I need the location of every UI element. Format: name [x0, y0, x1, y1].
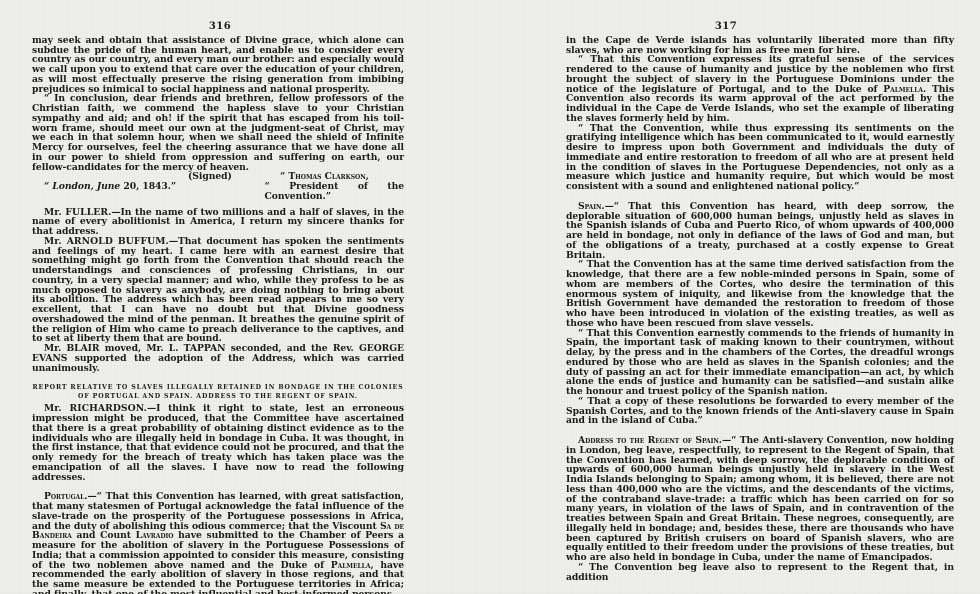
- signed-label: (Signed): [188, 172, 248, 182]
- right-page: 317 in the Cape de Verde islands has vol…: [566, 22, 954, 582]
- left-page: 316 may seek and obtain that assistance …: [32, 22, 404, 594]
- paragraph: “ That this Convention earnestly commend…: [566, 329, 954, 397]
- paragraph: “ That the Convention, while thus expres…: [566, 124, 954, 192]
- paragraph: may seek and obtain that assistance of D…: [32, 36, 404, 95]
- signatory-title: “ President of the Convention.”: [265, 182, 404, 202]
- speech-fuller: Mr. FULLER.—In the name of two millions …: [32, 208, 404, 237]
- section-heading: REPORT RELATIVE TO SLAVES ILLEGALLY RETA…: [32, 383, 404, 401]
- speech-buffum: Mr. ARNOLD BUFFUM.—That document has spo…: [32, 237, 404, 344]
- resolution-text: —“ That this Convention has learned, wit…: [32, 491, 404, 531]
- resolution-text: —“ The Anti-slavery Convention, now hold…: [566, 435, 954, 563]
- paragraph: “ The Convention beg leave also to repre…: [566, 563, 954, 583]
- date-year: 20, 1843.”: [123, 181, 176, 192]
- paragraph: in the Cape de Verde islands has volunta…: [566, 36, 954, 56]
- paragraph: “ That the Convention has at the same ti…: [566, 260, 954, 328]
- speech-text: —I think it right to state, lest an erro…: [32, 403, 404, 482]
- date-line: “ London, June 20, 1843.” “ President of…: [32, 182, 404, 202]
- book-spread: 316 may seek and obtain that assistance …: [0, 0, 980, 594]
- regent-address: Address to the Regent of Spain.—“ The An…: [566, 436, 954, 563]
- paragraph: “ That this Convention expresses its gra…: [566, 55, 954, 123]
- paragraph: “ That a copy of these resolutions be fo…: [566, 397, 954, 426]
- paragraph: “ In conclusion, dear friends and brethr…: [32, 94, 404, 172]
- page-number-left: 316: [80, 22, 360, 32]
- page-number-right: 317: [596, 22, 856, 32]
- letter-date: “ London, June 20, 1843.”: [44, 182, 219, 202]
- date-place: “ London, June: [44, 181, 120, 192]
- spain-resolution: Spain.—“ That this Convention has heard,…: [566, 202, 954, 261]
- speech-text: —That document has spoken the sentiments…: [32, 236, 404, 345]
- resolution-text: —“ That this Convention has heard, with …: [566, 201, 954, 261]
- portugal-resolution: Portugal.—“ That this Convention has lea…: [32, 492, 404, 594]
- speech-richardson: Mr. RICHARDSON.—I think it right to stat…: [32, 404, 404, 482]
- motion-paragraph: Mr. BLAIR moved, Mr. L. TAPPAN seconded,…: [32, 344, 404, 373]
